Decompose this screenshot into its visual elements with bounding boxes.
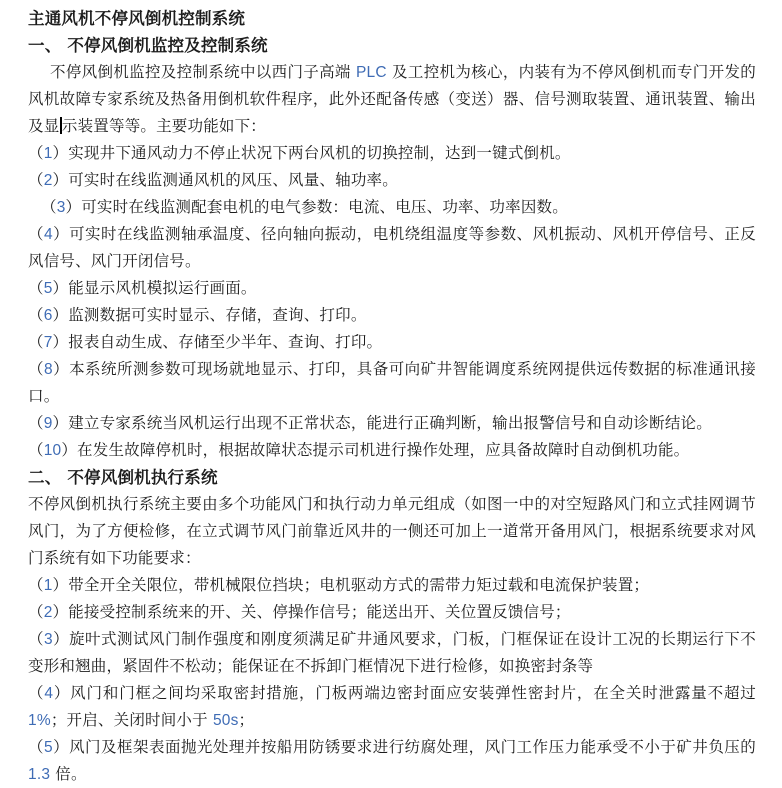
- section-1-item-6: （6）监测数据可实时显示、存储，查询、打印。: [28, 302, 756, 329]
- section-2-heading: 二、 不停风倒机执行系统: [28, 464, 756, 491]
- document-title: 主通风机不停风倒机控制系统: [28, 5, 756, 32]
- section-2-item-2: （2）能接受控制系统来的开、关、停操作信号；能送出开、关位置反馈信号；: [28, 599, 756, 626]
- section-2-intro: 不停风倒机执行系统主要由多个功能风门和执行动力单元组成（如图一中的对空短路风门和…: [28, 491, 756, 572]
- section-2-item-1: （1）带全开全关限位，带机械限位挡块；电机驱动方式的需带力矩过载和电流保护装置；: [28, 572, 756, 599]
- section-1-item-1: （1）实现井下通风动力不停止状况下两台风机的切换控制，达到一键式倒机。: [28, 140, 756, 167]
- text-editing-area[interactable]: 主通风机不停风倒机控制系统 一、 不停风倒机监控及控制系统 不停风倒机监控及控制…: [0, 0, 782, 788]
- section-1-item-3: （3）可实时在线监测配套电机的电气参数：电流、电压、功率、功率因数。: [41, 194, 756, 221]
- section-2-item-3: （3）旋叶式测试风门制作强度和刚度须满足矿井通风要求，门板，门框保证在设计工况的…: [28, 626, 756, 680]
- section-1-item-9: （9）建立专家系统当风机运行出现不正常状态，能进行正确判断，输出报警信号和自动诊…: [28, 410, 756, 437]
- section-1-item-8: （8）本系统所测参数可现场就地显示、打印，具备可向矿井智能调度系统网提供远传数据…: [28, 356, 756, 410]
- section-2-item-4: （4）风门和门框之间均采取密封措施，门板两端边密封面应安装弹性密封片，在全关时泄…: [28, 680, 756, 734]
- section-1-item-7: （7）报表自动生成、存储至少半年、查询、打印。: [28, 329, 756, 356]
- section-1-item-2: （2）可实时在线监测通风机的风压、风量、轴功率。: [28, 167, 756, 194]
- section-1-item-5: （5）能显示风机模拟运行画面。: [28, 275, 756, 302]
- section-1-item-4: （4）可实时在线监测轴承温度、径向轴向振动，电机绕组温度等参数、风机振动、风机开…: [28, 221, 756, 275]
- section-1-heading: 一、 不停风倒机监控及控制系统: [28, 32, 756, 59]
- section-1-intro-text-after-cursor: 示装置等等。主要功能如下：: [62, 117, 266, 135]
- section-1-intro: 不停风倒机监控及控制系统中以西门子高端 PLC 及工控机为核心，内装有为不停风倒…: [28, 59, 756, 140]
- section-2-item-5: （5）风门及框架表面抛光处理并按船用防锈要求进行纺腐处理，风门工作压力能承受不小…: [28, 734, 756, 788]
- section-1-item-10: （10）在发生故障停机时，根据故障状态提示司机进行操作处理，应具备故障时自动倒机…: [28, 437, 756, 464]
